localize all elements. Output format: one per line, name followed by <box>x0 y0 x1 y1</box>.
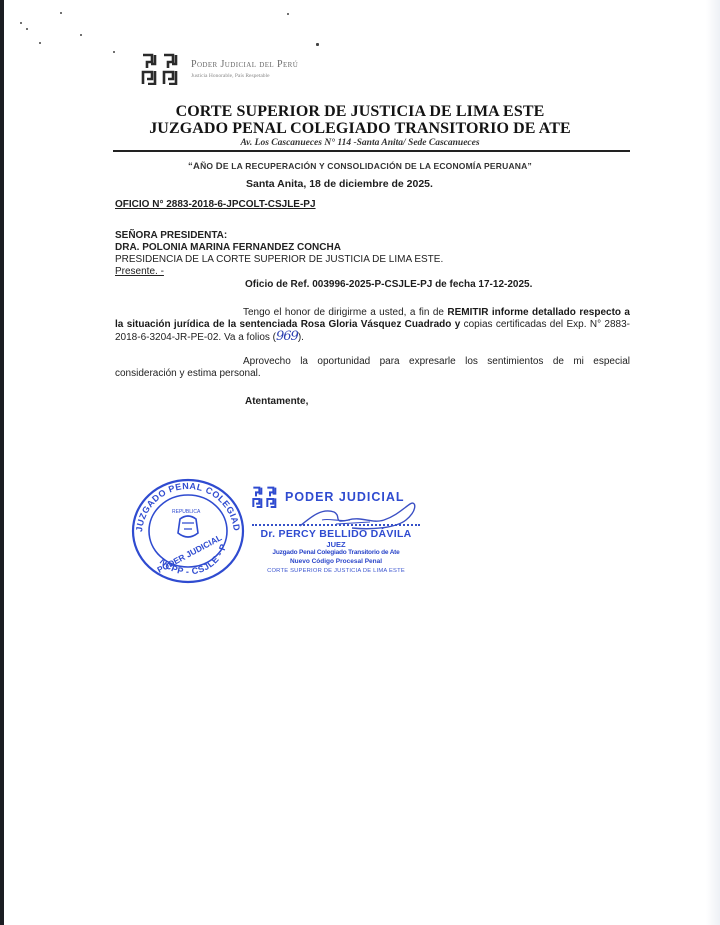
signer-superior-court: CORTE SUPERIOR DE JUSTICIA DE LIMA ESTE <box>252 568 420 574</box>
oficio-number: OFICIO N° 2883-2018-6-JPCOLT-CSJLE-PJ <box>115 199 316 210</box>
signer-role: JUEZ <box>252 540 420 549</box>
p1-intro: Tengo el honor de dirigirme a usted, a f… <box>243 307 447 318</box>
year-motto-part: “A <box>188 161 200 172</box>
year-motto-part: E LA RECUPERACIÓN Y CONSOLIDACIÓN DE LA … <box>223 161 532 171</box>
reference-line: Oficio de Ref. 003996-2025-P-CSJLE-PJ de… <box>245 279 532 290</box>
scan-speck <box>316 43 319 46</box>
scan-speck <box>60 12 62 14</box>
addressee-name: DRA. POLONIA MARINA FERNANDEZ CONCHA <box>115 242 341 253</box>
scan-speck <box>39 42 41 44</box>
year-motto-part: ÑO <box>200 161 216 171</box>
institution-header: Poder Judicial del Perú Justicia Honorab… <box>141 53 298 85</box>
scan-speck <box>287 13 289 15</box>
closing-regards: Atentamente, <box>245 396 308 407</box>
court-seal-stamp-icon: JUZGADO PENAL COLEGIADO TRANSITORIO DE A… <box>128 473 248 585</box>
court-subtitle: JUZGADO PENAL COLEGIADO TRANSITORIO DE A… <box>0 120 720 138</box>
scan-speck <box>20 22 22 24</box>
addressee-presente: Presente. - <box>115 266 164 277</box>
institution-name: Poder Judicial del Perú <box>191 59 298 70</box>
scan-speck <box>113 51 115 53</box>
p2-text: Aprovecho la oportunidad para expresarle… <box>115 356 630 379</box>
year-motto: “AÑO DE LA RECUPERACIÓN Y CONSOLIDACIÓN … <box>0 161 720 172</box>
header-divider <box>113 150 630 152</box>
year-motto-part: D <box>216 161 223 172</box>
body-paragraph-1: Tengo el honor de dirigirme a usted, a f… <box>115 307 630 344</box>
p1-close: ). <box>298 332 304 343</box>
addressee-office: PRESIDENCIA DE LA CORTE SUPERIOR DE JUST… <box>115 254 443 265</box>
signer-court: Juzgado Penal Colegiado Transitorio de A… <box>252 549 420 556</box>
addressee-salutation: SEÑORA PRESIDENTA: <box>115 230 227 241</box>
scan-speck <box>26 28 28 30</box>
scan-speck <box>80 34 82 36</box>
svg-text:REPUBLICA: REPUBLICA <box>172 509 201 515</box>
signer-code: Nuevo Código Procesal Penal <box>252 558 420 565</box>
institution-motto: Justicia Honorable, País Respetable <box>191 73 298 79</box>
signer-name: Dr. PERCY BELLIDO DÁVILA <box>252 528 420 540</box>
handwritten-folio-count: 969 <box>276 329 298 344</box>
poder-judicial-logo-icon <box>141 53 183 85</box>
body-paragraph-2: Aprovecho la oportunidad para expresarle… <box>115 356 630 380</box>
court-title: CORTE SUPERIOR DE JUSTICIA DE LIMA ESTE <box>0 103 720 121</box>
court-address: Av. Los Cascanueces N° 114 -Santa Anita/… <box>0 138 720 148</box>
date-line: Santa Anita, 18 de diciembre de 2025. <box>246 178 433 190</box>
signature-line <box>252 524 420 526</box>
poder-judicial-small-logo-icon <box>252 486 280 508</box>
signature-block: PODER JUDICIAL Dr. PERCY BELLIDO DÁVILA … <box>252 486 432 508</box>
